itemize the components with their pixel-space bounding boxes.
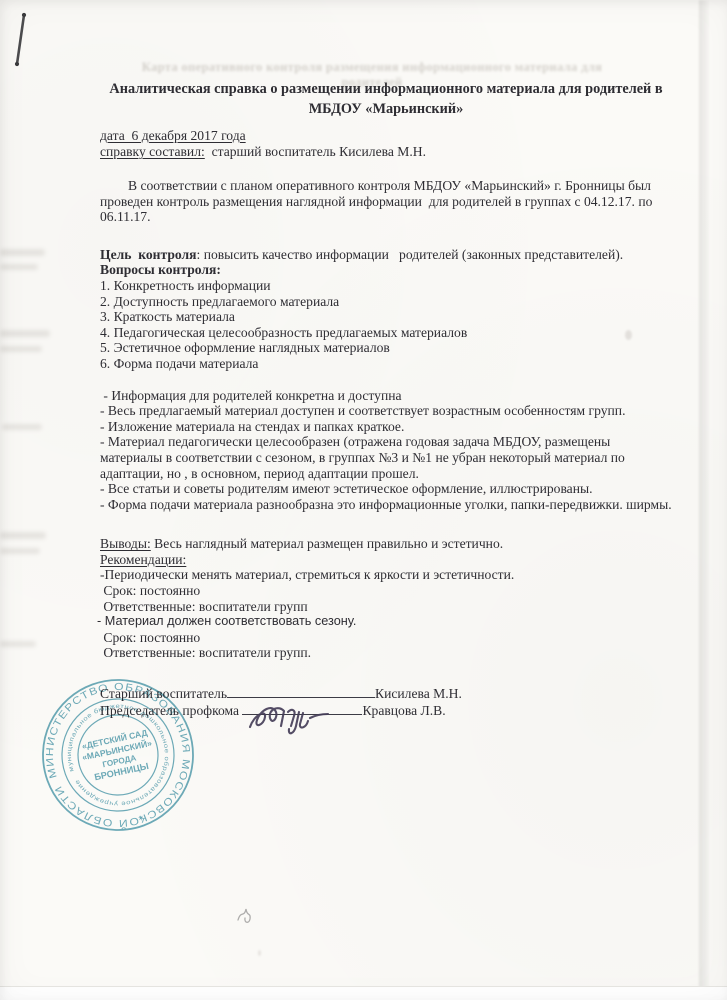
bleedthrough-mark	[2, 424, 42, 430]
page-edge-shadow	[699, 0, 709, 1000]
scanned-document-page: Карта оперативного контроля размещения и…	[0, 0, 727, 1000]
recommendation-term: Срок: постоянно	[100, 630, 672, 646]
bleedthrough-mark	[0, 548, 40, 554]
conclusions-label: Выводы:	[100, 536, 151, 551]
compiled-by-label: справку составил:	[100, 144, 205, 159]
finding-item: - Изложение материала на стендах и папка…	[100, 419, 672, 435]
goal-text: : повысить качество информации родителей…	[197, 247, 624, 262]
conclusions-text: Весь наглядный материал размещен правиль…	[151, 536, 503, 551]
recommendation-term: Срок: постоянно	[100, 583, 672, 599]
stamp-center-text: «ДЕТСКИЙ САД «МАРЬИНСКИЙ» ГОРОДА БРОННИЦ…	[79, 726, 158, 784]
recommendations-label: Рекомендации:	[100, 552, 186, 567]
question-item: 6. Форма подачи материала	[100, 356, 672, 372]
title-line-2: МБДОУ «Марьинский»	[100, 100, 672, 120]
signature-name: Кисилева М.Н.	[375, 686, 462, 701]
signature-row: Старший воспитательКисилева М.Н.	[100, 685, 672, 702]
recommendation-item: -Периодически менять материал, стремитьс…	[100, 567, 672, 583]
questions-list: 1. Конкретность информации 2. Доступност…	[100, 278, 672, 372]
meta-block: дата 6 декабря 2017 года справку состави…	[100, 128, 672, 160]
recommendation-responsible: Ответственные: воспитатели групп.	[100, 645, 672, 661]
question-item: 3. Краткость материала	[100, 309, 672, 325]
compiled-by-value: старший воспитатель Кисилева М.Н.	[205, 144, 426, 159]
finding-item: - Материал педагогически целесообразен (…	[100, 434, 672, 481]
recommendation-responsible: Ответственные: воспитатели групп	[100, 599, 672, 615]
bleedthrough-mark	[0, 330, 50, 337]
scan-bottom-edge	[0, 986, 727, 1000]
bleedthrough-mark	[0, 249, 45, 256]
findings-list: - Информация для родителей конкретна и д…	[100, 388, 672, 513]
recommendations-list: -Периодически менять материал, стремитьс…	[100, 567, 672, 661]
goal-line: Цель контроля: повысить качество информа…	[100, 247, 672, 263]
finding-item: - Информация для родителей конкретна и д…	[100, 388, 672, 404]
finding-item: - Форма подачи материала разнообразна эт…	[100, 497, 672, 513]
stray-speck	[258, 950, 261, 956]
handwritten-signature	[246, 699, 346, 739]
stray-speck	[625, 330, 632, 340]
question-item: 1. Конкретность информации	[100, 278, 672, 294]
bleedthrough-mark	[0, 532, 46, 539]
document-body: Аналитическая справка о размещении инфор…	[100, 80, 672, 719]
signature-name: Кравцова Л.В.	[362, 703, 445, 718]
bleedthrough-mark	[0, 346, 42, 352]
question-item: 4. Педагогическая целесообразность предл…	[100, 325, 672, 341]
question-item: 5. Эстетичное оформление наглядных матер…	[100, 340, 672, 356]
bleedthrough-mark	[0, 264, 38, 270]
conclusions-line: Выводы: Весь наглядный материал размещен…	[100, 536, 672, 552]
intro-paragraph: В соответствии с планом оперативного кон…	[100, 178, 672, 225]
bleedthrough-mark	[0, 641, 36, 647]
bleedthrough-ghost-text: Карта оперативного контроля размещения и…	[128, 60, 616, 90]
date-line: дата 6 декабря 2017 года	[100, 128, 246, 143]
question-item: 2. Доступность предлагаемого материала	[100, 294, 672, 310]
questions-label: Вопросы контроля:	[100, 262, 672, 278]
finding-item: - Весь предлагаемый материал доступен и …	[100, 403, 672, 419]
staple-icon	[10, 10, 32, 72]
finding-item: - Все статьи и советы родителям имеют эс…	[100, 481, 672, 497]
signature-line	[227, 685, 375, 698]
pencil-mark	[236, 906, 258, 928]
goal-label: Цель контроля	[100, 247, 197, 262]
recommendation-item: - Материал должен соответствовать сезону…	[97, 614, 672, 630]
